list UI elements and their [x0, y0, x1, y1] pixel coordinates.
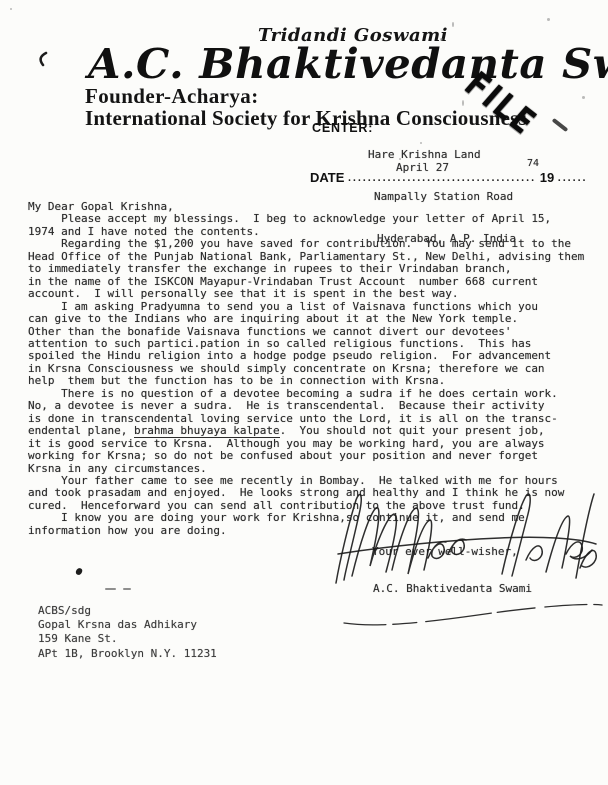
scan-speck [547, 18, 550, 21]
scanned-letter-page: { "letterhead": { "title_small": "Tridan… [0, 0, 608, 785]
line-segment: No, a devotee is never a sudra. He is tr… [28, 399, 545, 412]
recipient-street: 159 Kane St. [38, 632, 217, 646]
line-segment: Please accept my blessings. I beg to ack… [28, 212, 551, 225]
pen-tick-mark [36, 50, 50, 68]
line-segment: spoiled the Hindu religion into a hodge … [28, 349, 551, 362]
typed-year: 74 [527, 157, 539, 171]
ink-blot [75, 567, 83, 576]
scan-speck [582, 96, 585, 99]
line-segment: in the name of the ISKCON Mayapur-Vrinda… [28, 275, 538, 288]
line-segment: to immediately transfer the exchange in … [28, 262, 511, 275]
line-segment: account. I will personally see that it i… [28, 287, 458, 300]
date-form-line: DATE ...................................… [310, 170, 588, 185]
line-segment: Krsna in any circumstances. [28, 462, 207, 475]
line-segment: is done in transcendental loving service… [28, 412, 558, 425]
line-segment: I am asking Pradyumna to send you a list… [28, 300, 538, 313]
scan-speck [462, 100, 464, 106]
scan-speck [440, 38, 443, 41]
reference-initials: ACBS/sdg [38, 604, 217, 618]
line-segment: working for Krsna; so do not be confused… [28, 449, 538, 462]
date-dots-left: ...................................... [348, 172, 536, 184]
line-segment: in Krsna Consciousness we should simply … [28, 362, 545, 375]
pen-dash-mark [105, 588, 116, 590]
line-segment: Regarding the $1,200 you have saved for … [28, 237, 571, 250]
center-address-line: Hare Krishna Land [368, 148, 516, 162]
scan-speck [10, 8, 12, 10]
letterhead-title-main: A.C. Bhaktivedanta Swami [88, 40, 608, 88]
line-segment: can give to the Indians who are inquirin… [28, 312, 518, 325]
center-label: CENTER: [312, 121, 373, 135]
signature-scrawl [328, 486, 606, 591]
date-year-prefix: 19 [540, 170, 554, 185]
line-segment: information how you are doing. [28, 524, 227, 537]
scan-speck [452, 22, 454, 27]
pen-dash-mark [123, 588, 131, 590]
line-segment: Head Office of the Punjab National Bank,… [28, 250, 584, 263]
line-segment: it is good service to Krsna. Although yo… [28, 437, 545, 450]
date-label: DATE [310, 170, 344, 185]
scan-speck [399, 158, 401, 160]
line-segment: endental plane, [28, 424, 134, 437]
line-segment: My Dear Gopal Krishna, [28, 200, 174, 213]
recipient-city-line: APt 1B, Brooklyn N.Y. 11231 [38, 647, 217, 661]
typed-signature-name: A.C. Bhaktivedanta Swami [373, 582, 532, 596]
line-segment: There is no question of a devotee becomi… [28, 387, 558, 400]
footer-address-block: ACBS/sdg Gopal Krsna das Adhikary 159 Ka… [38, 604, 217, 661]
line-segment: help them but the function has to be in … [28, 374, 445, 387]
line-segment: attention to such partici.pation in so c… [28, 337, 531, 350]
line-segment: 1974 and I have noted the contents. [28, 225, 260, 238]
date-dots-right: ...... [558, 172, 588, 184]
recipient-name: Gopal Krsna das Adhikary [38, 618, 217, 632]
scan-speck [420, 142, 422, 144]
stamp-smudge-mark [552, 118, 569, 132]
line-segment: Other than the bonafide Vaisnava functio… [28, 325, 511, 338]
pen-flourish-line [338, 598, 606, 628]
line-segment: . You should not quit your present job, [280, 424, 545, 437]
